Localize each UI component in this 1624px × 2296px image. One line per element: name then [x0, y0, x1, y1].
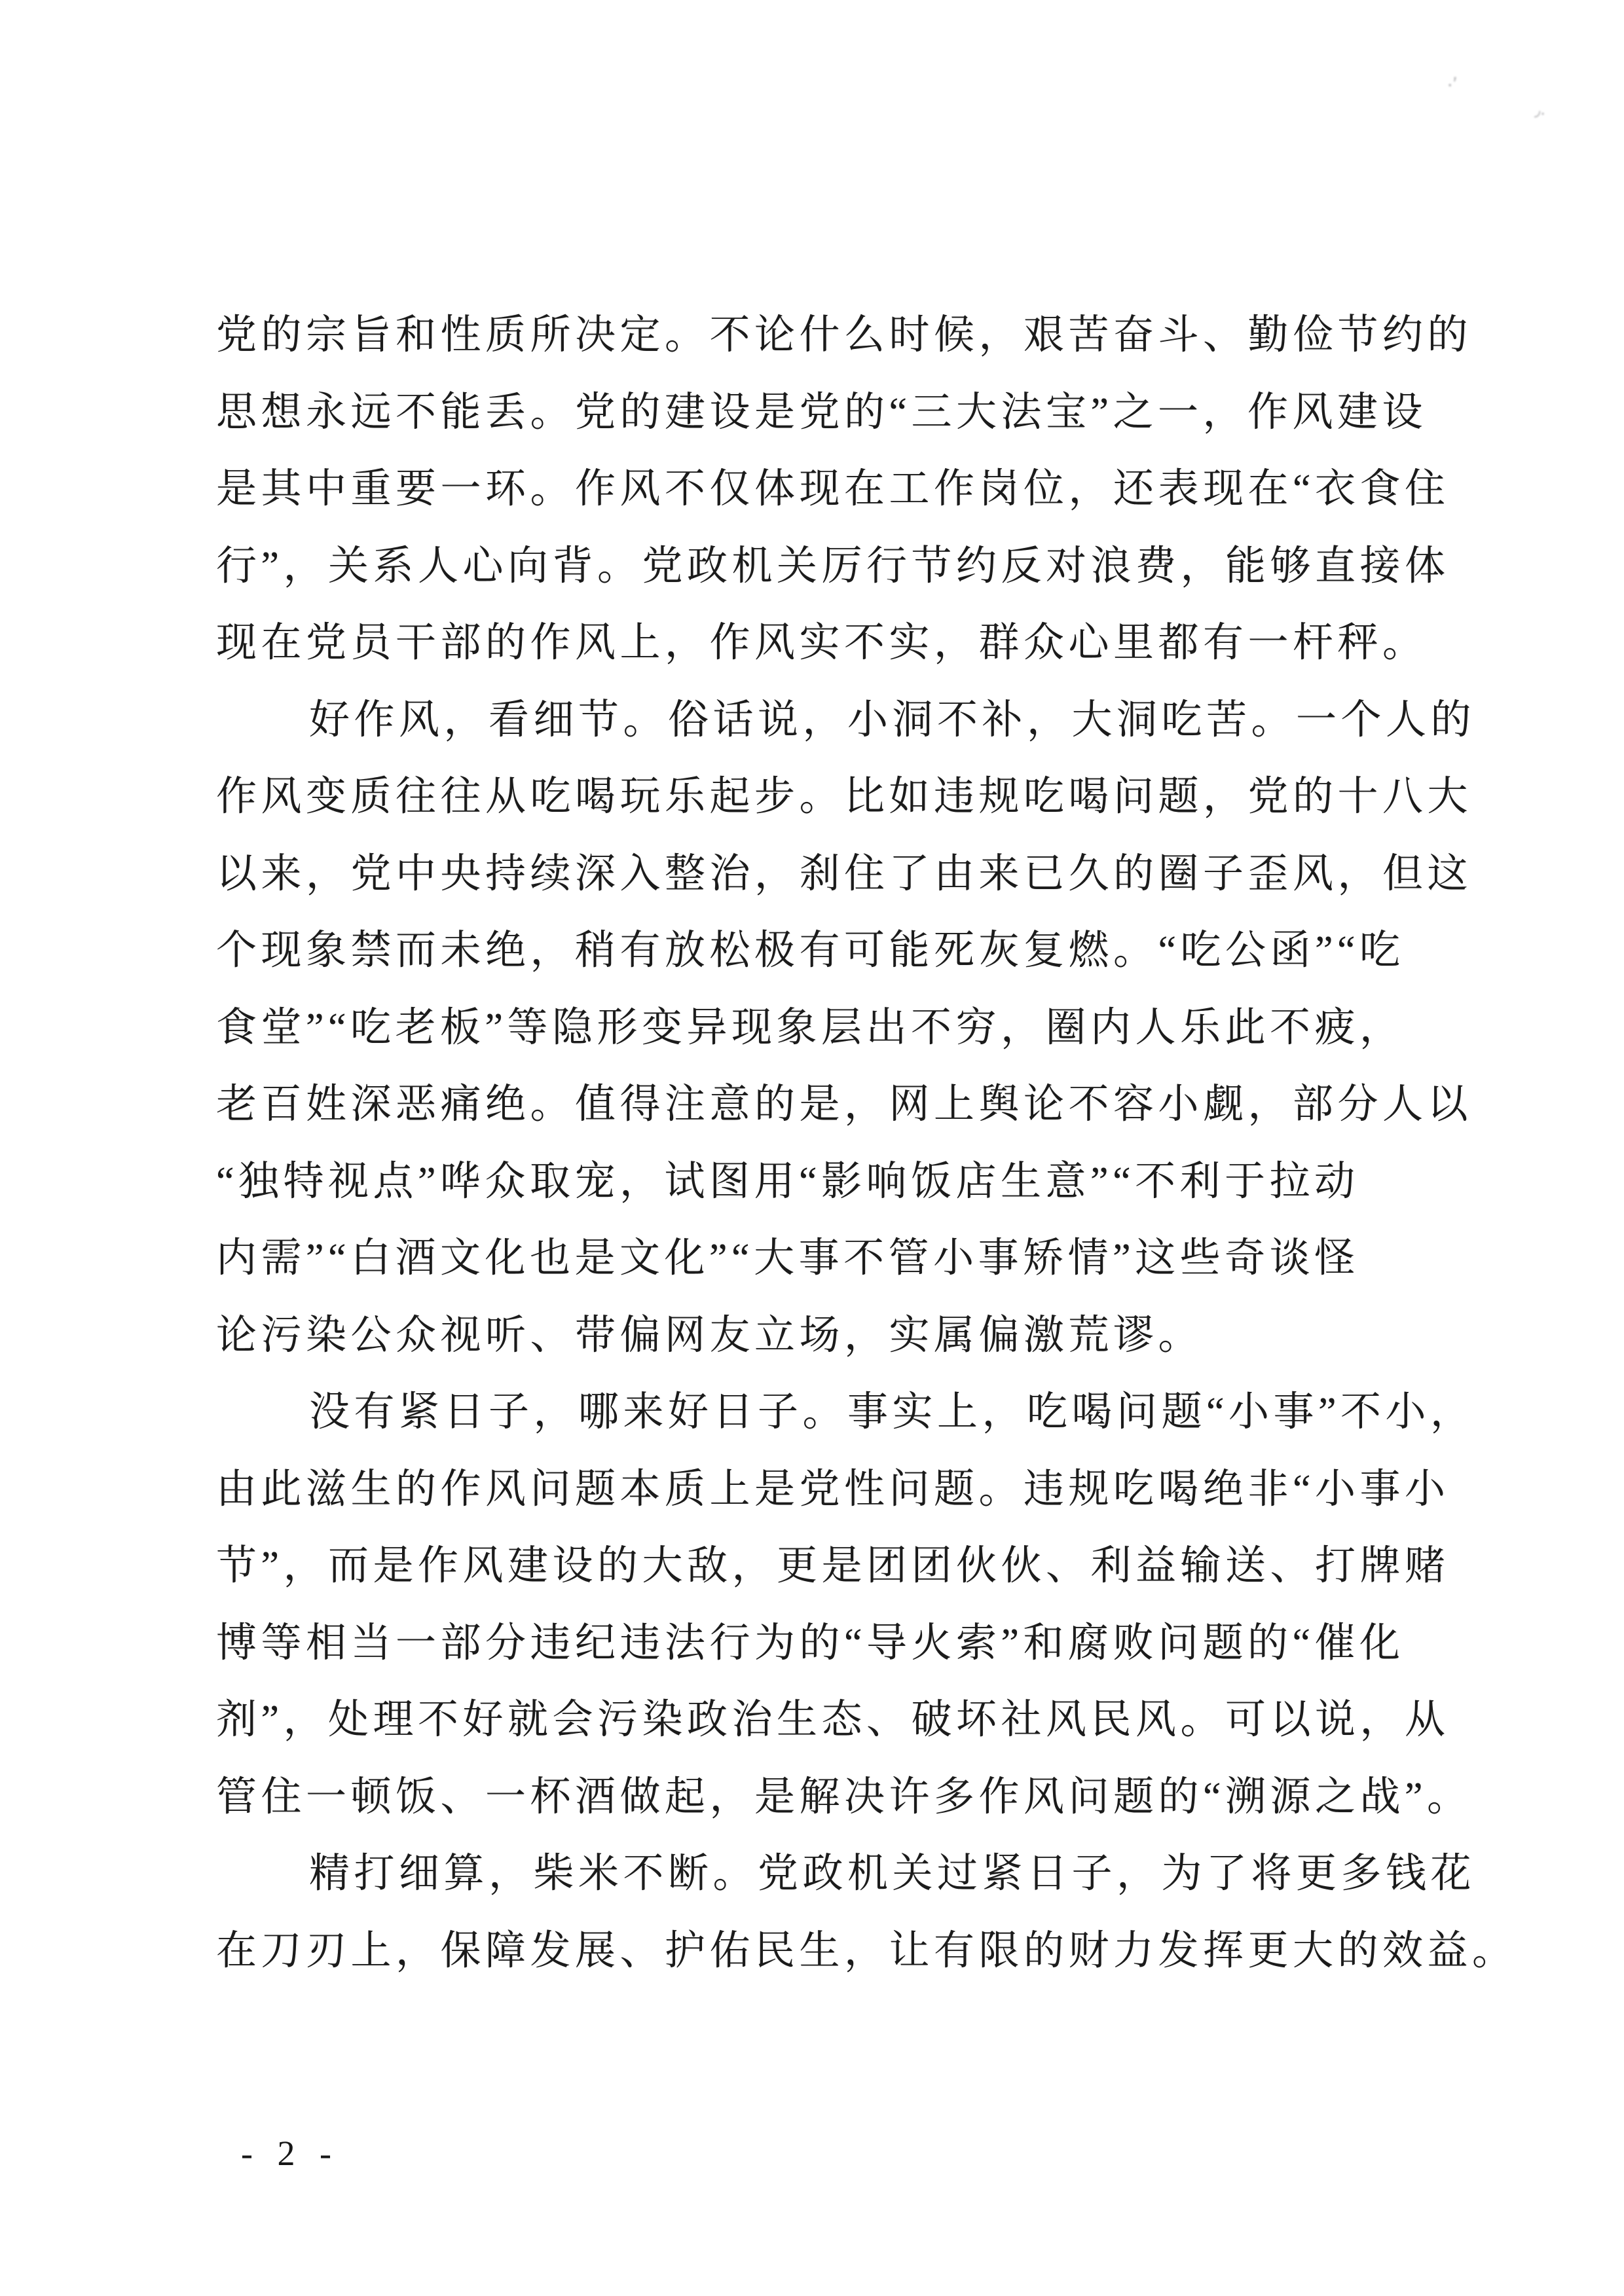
- text-line: 管住一顿饭、一杯酒做起，是解决许多作风问题的“溯源之战”。: [216, 1759, 1433, 1836]
- text-line: 节”，而是作风建设的大敌，更是团团伙伙、利益输送、打牌赌: [216, 1528, 1433, 1605]
- text-line-paragraph-start: 好作风，看细节。俗话说，小洞不补，大洞吃苦。一个人的: [216, 682, 1433, 759]
- text-line: 在刀刃上，保障发展、护佑民生，让有限的财力发挥更大的效益。: [216, 1913, 1433, 1990]
- document-page: ⸱٬ ٫⸳ 党的宗旨和性质所决定。不论什么时候，艰苦奋斗、勤俭节约的 思想永远不…: [0, 0, 1624, 2296]
- text-line: 以来，党中央持续深入整治，刹住了由来已久的圈子歪风，但这: [216, 836, 1433, 913]
- text-line-paragraph-start: 没有紧日子，哪来好日子。事实上，吃喝问题“小事”不小，: [216, 1374, 1433, 1451]
- text-line: 博等相当一部分违纪违法行为的“导火索”和腐败问题的“催化: [216, 1605, 1433, 1683]
- text-line: 内需”“白酒文化也是文化”“大事不管小事矫情”这些奇谈怪: [216, 1220, 1433, 1298]
- text-line: 行”，关系人心向背。党政机关厉行节约反对浪费，能够直接体: [216, 528, 1433, 606]
- text-line: 现在党员干部的作风上，作风实不实，群众心里都有一杆秤。: [216, 605, 1433, 682]
- text-line: 是其中重要一环。作风不仅体现在工作岗位，还表现在“衣食住: [216, 451, 1433, 528]
- text-line-paragraph-start: 精打细算，柴米不断。党政机关过紧日子，为了将更多钱花: [216, 1836, 1433, 1913]
- text-line: 由此滋生的作风问题本质上是党性问题。违规吃喝绝非“小事小: [216, 1451, 1433, 1529]
- text-line: 老百姓深恶痛绝。值得注意的是，网上舆论不容小觑，部分人以: [216, 1066, 1433, 1144]
- body-text: 党的宗旨和性质所决定。不论什么时候，艰苦奋斗、勤俭节约的 思想永远不能丢。党的建…: [216, 297, 1433, 1990]
- text-line: 个现象禁而未绝，稍有放松极有可能死灰复燃。“吃公函”“吃: [216, 913, 1433, 990]
- text-line: 作风变质往往从吃喝玩乐起步。比如违规吃喝问题，党的十八大: [216, 759, 1433, 836]
- text-line: “独特视点”哗众取宠，试图用“影响饭店生意”“不利于拉动: [216, 1144, 1433, 1221]
- scan-smudge-mark: ⸱٬: [1445, 70, 1460, 98]
- text-line: 剂”，处理不好就会污染政治生态、破坏社风民风。可以说，从: [216, 1682, 1433, 1759]
- scan-smudge-mark: ٫⸳: [1534, 98, 1547, 122]
- text-line: 党的宗旨和性质所决定。不论什么时候，艰苦奋斗、勤俭节约的: [216, 297, 1433, 374]
- text-line: 思想永远不能丢。党的建设是党的“三大法宝”之一，作风建设: [216, 374, 1433, 452]
- page-number: - 2 -: [241, 2133, 339, 2174]
- text-line: 食堂”“吃老板”等隐形变异现象层出不穷，圈内人乐此不疲，: [216, 990, 1433, 1067]
- text-line: 论污染公众视听、带偏网友立场，实属偏激荒谬。: [216, 1298, 1433, 1375]
